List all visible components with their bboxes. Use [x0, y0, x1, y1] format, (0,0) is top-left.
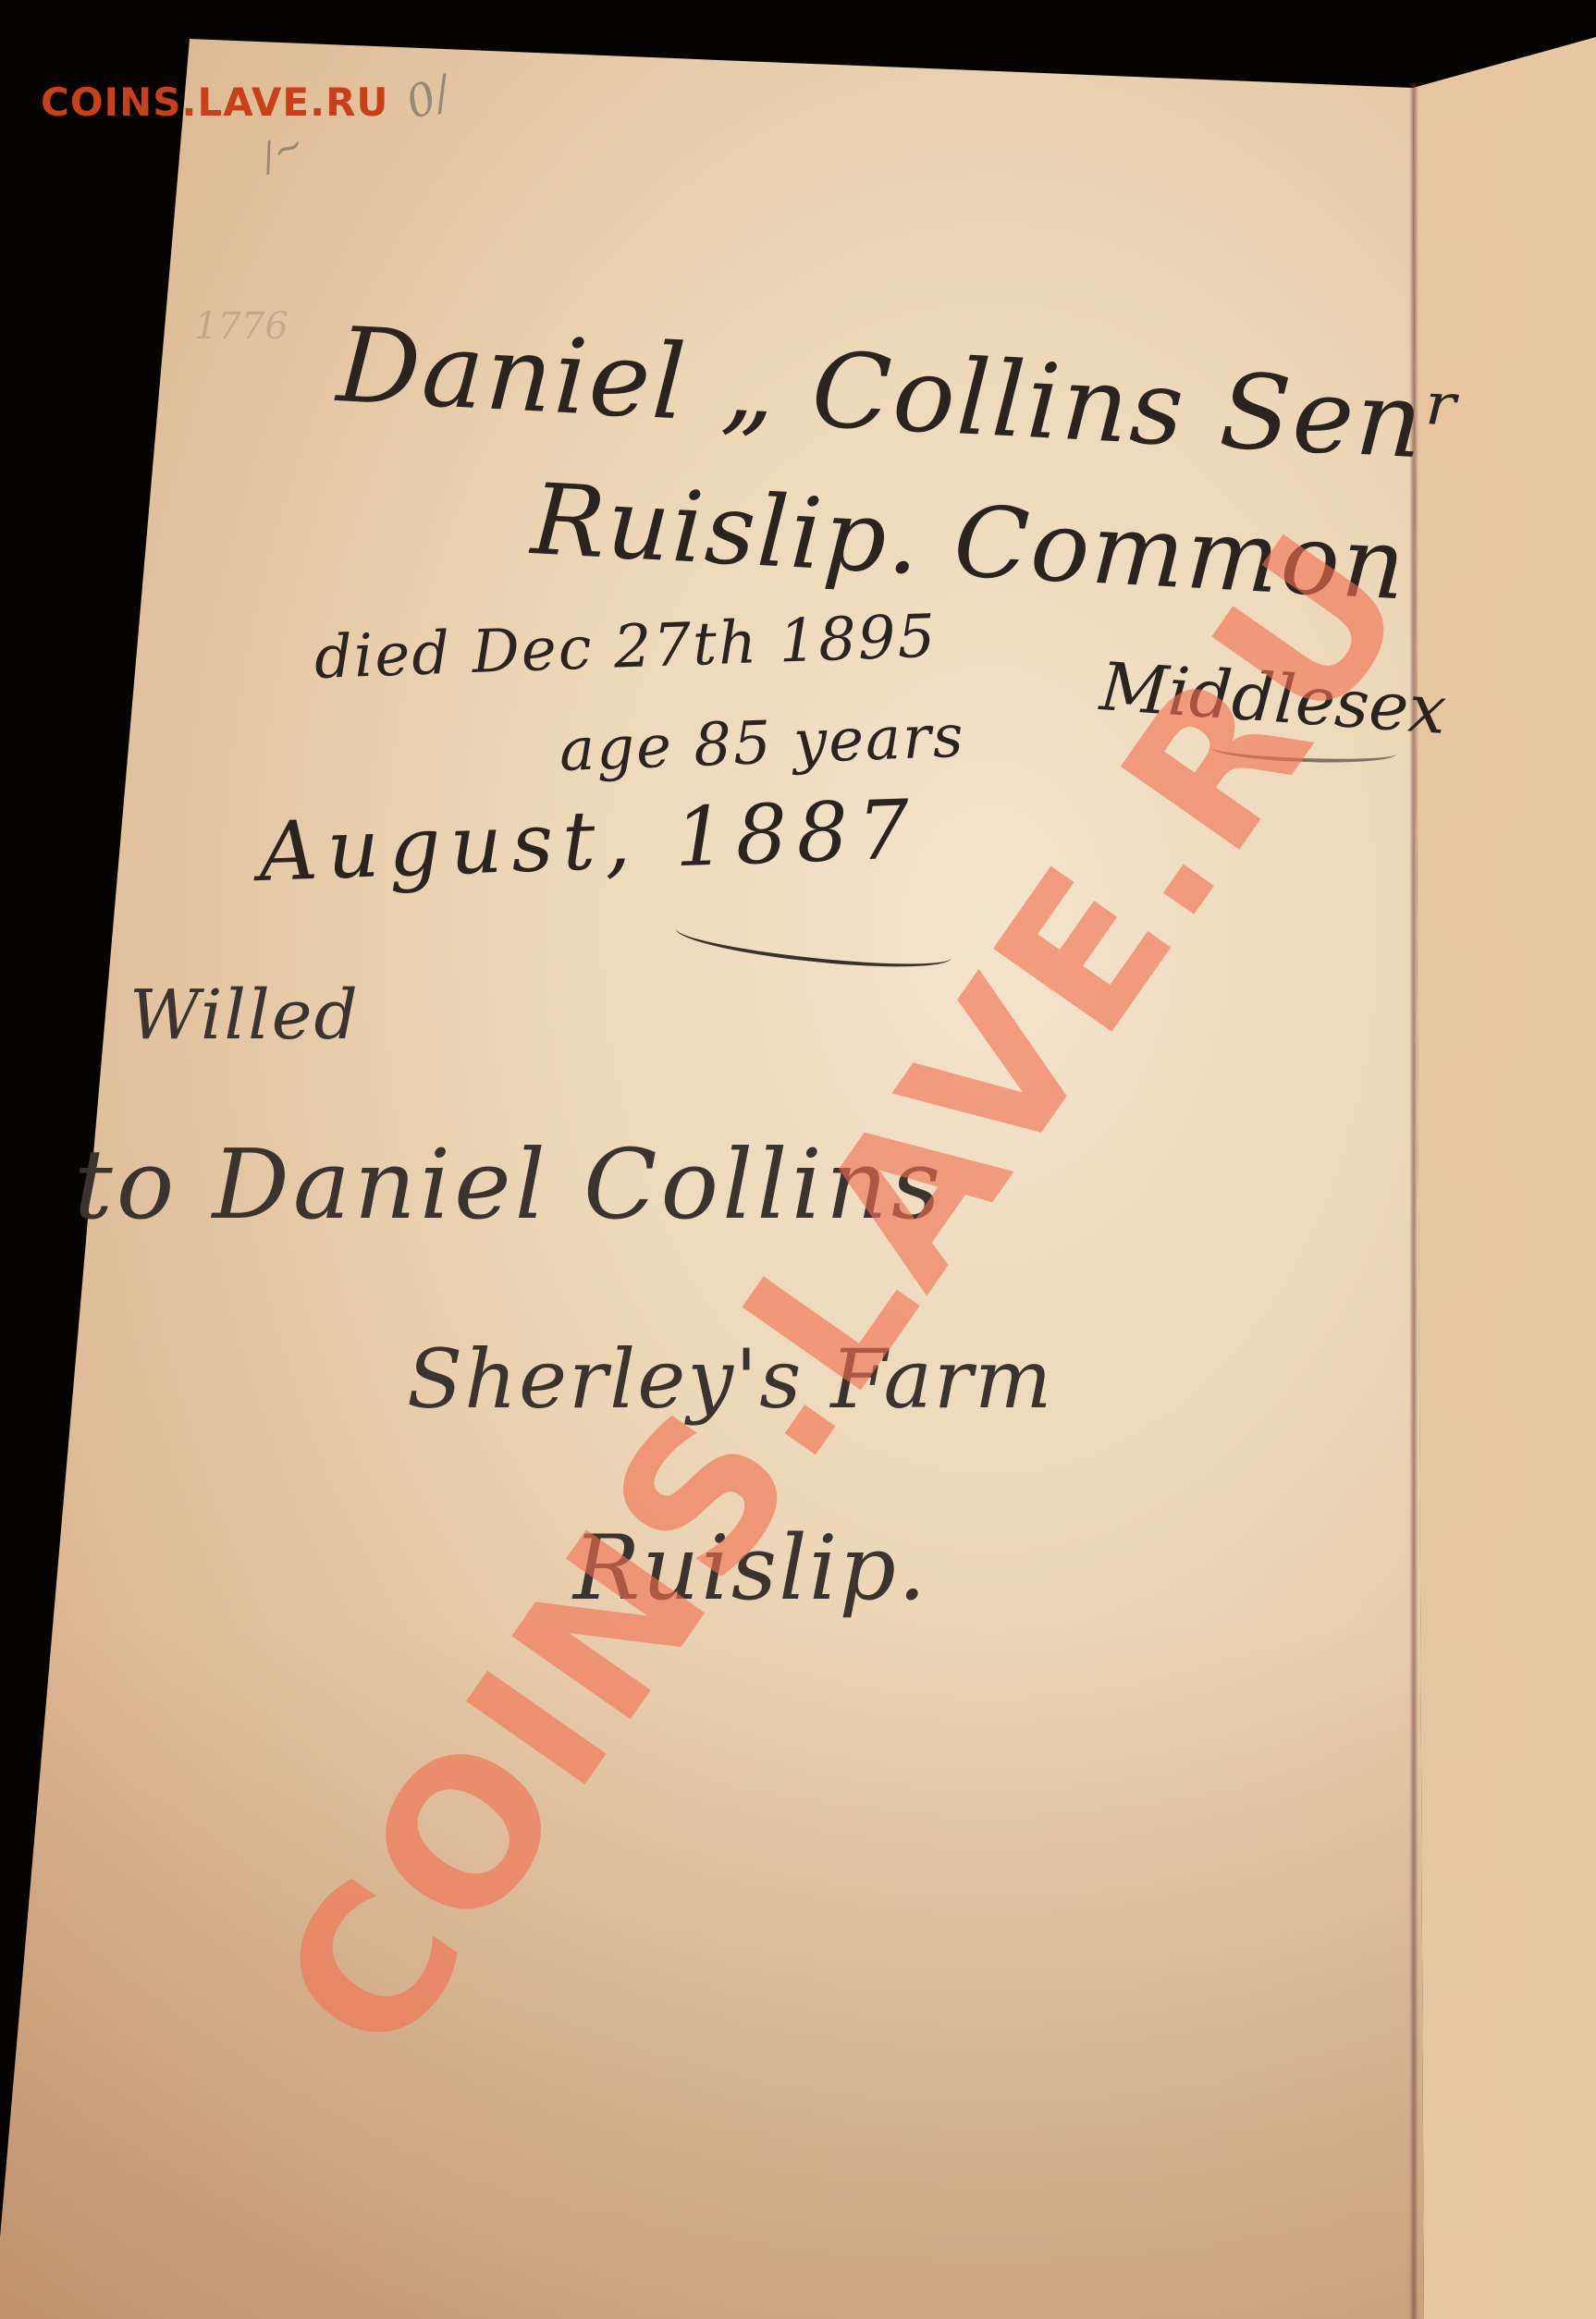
inscription-line-age: age 85 years — [559, 703, 966, 785]
watermark-corner: COINS.LAVE.RU — [41, 80, 389, 125]
inscription-line-willed: Willed — [129, 975, 360, 1055]
pencil-mark-side: 1776 — [194, 305, 289, 348]
